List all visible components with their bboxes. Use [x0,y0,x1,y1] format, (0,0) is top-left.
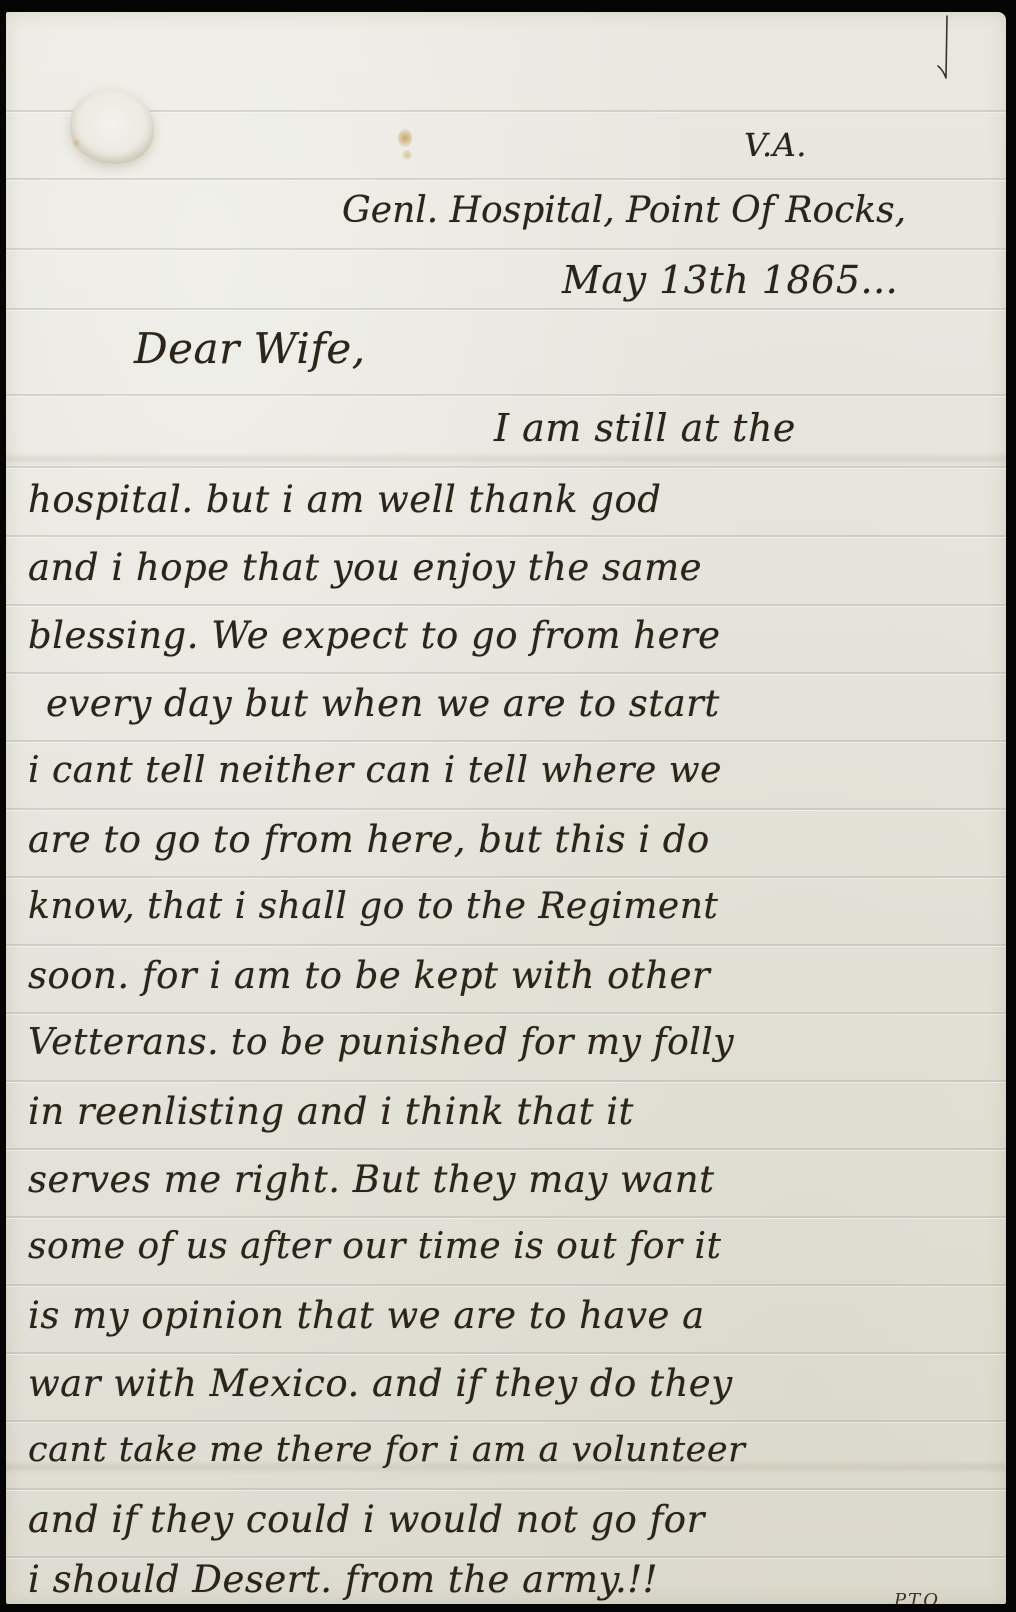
ruled-line [6,1420,1006,1422]
salutation: Dear Wife, [134,324,366,373]
letter-line: hospital. but i am well thank god [28,478,661,521]
ruled-line [6,740,1006,742]
letter-line: i cant tell neither can i tell where we [28,750,722,791]
ink-stain [72,139,80,147]
letter-line: every day but when we are to start [46,682,720,725]
ruled-line [6,466,1006,468]
ruled-line [6,248,1006,250]
ink-stain [402,150,412,160]
heading-location: Genl. Hospital, Point Of Rocks, [342,190,906,231]
ruled-line [6,1148,1006,1150]
ruled-line [6,808,1006,810]
ruled-line [6,876,1006,878]
heading-date: May 13th 1865... [562,258,898,302]
ruled-line [6,944,1006,946]
ruled-line [6,1352,1006,1354]
ruled-line [6,1080,1006,1082]
ruled-line [6,110,1006,112]
paper-fold [6,452,1006,466]
letter-line: know, that i shall go to the Regiment [28,886,718,927]
letter-line: and if they could i would not go for [28,1498,705,1541]
ruled-line [6,308,1006,310]
letter-line: some of us after our time is out for it [28,1226,722,1267]
letter-line: and i hope that you enjoy the same [28,546,702,589]
ruled-line [6,178,1006,180]
ruled-line [6,1488,1006,1490]
ruled-line [6,394,1006,396]
heading-place-abbrev: V.A. [744,126,807,164]
ruled-line [6,535,1006,537]
ruled-line [6,1284,1006,1286]
ruled-line [6,1216,1006,1218]
letter-line: war with Mexico. and if they do they [28,1362,733,1405]
letter-line: in reenlisting and i think that it [28,1090,634,1133]
embossed-seal-icon [70,90,154,164]
scanned-letter: V.A. Genl. Hospital, Point Of Rocks, May… [0,0,1016,1612]
letter-line: i should Desert. from the army.!! [28,1558,658,1601]
page-turn-marker: P.T.O. [894,1590,943,1604]
letter-line: are to go to from here, but this i do [28,818,710,861]
letter-line: Vetterans. to be punished for my folly [28,1022,734,1063]
letter-line: I am still at the [494,406,796,450]
ink-stain [398,129,412,147]
letter-line: blessing. We expect to go from here [28,614,721,657]
ruled-line [6,1012,1006,1014]
ruled-line [6,672,1006,674]
ruled-line [6,604,1006,606]
letter-line: serves me right. But they may want [28,1158,714,1201]
letter-line: soon. for i am to be kept with other [28,954,710,997]
letter-line: is my opinion that we are to have a [28,1294,705,1337]
check-mark-icon [936,14,952,84]
letter-line: cant take me there for i am a volunteer [28,1430,745,1470]
letter-paper: V.A. Genl. Hospital, Point Of Rocks, May… [6,12,1006,1604]
